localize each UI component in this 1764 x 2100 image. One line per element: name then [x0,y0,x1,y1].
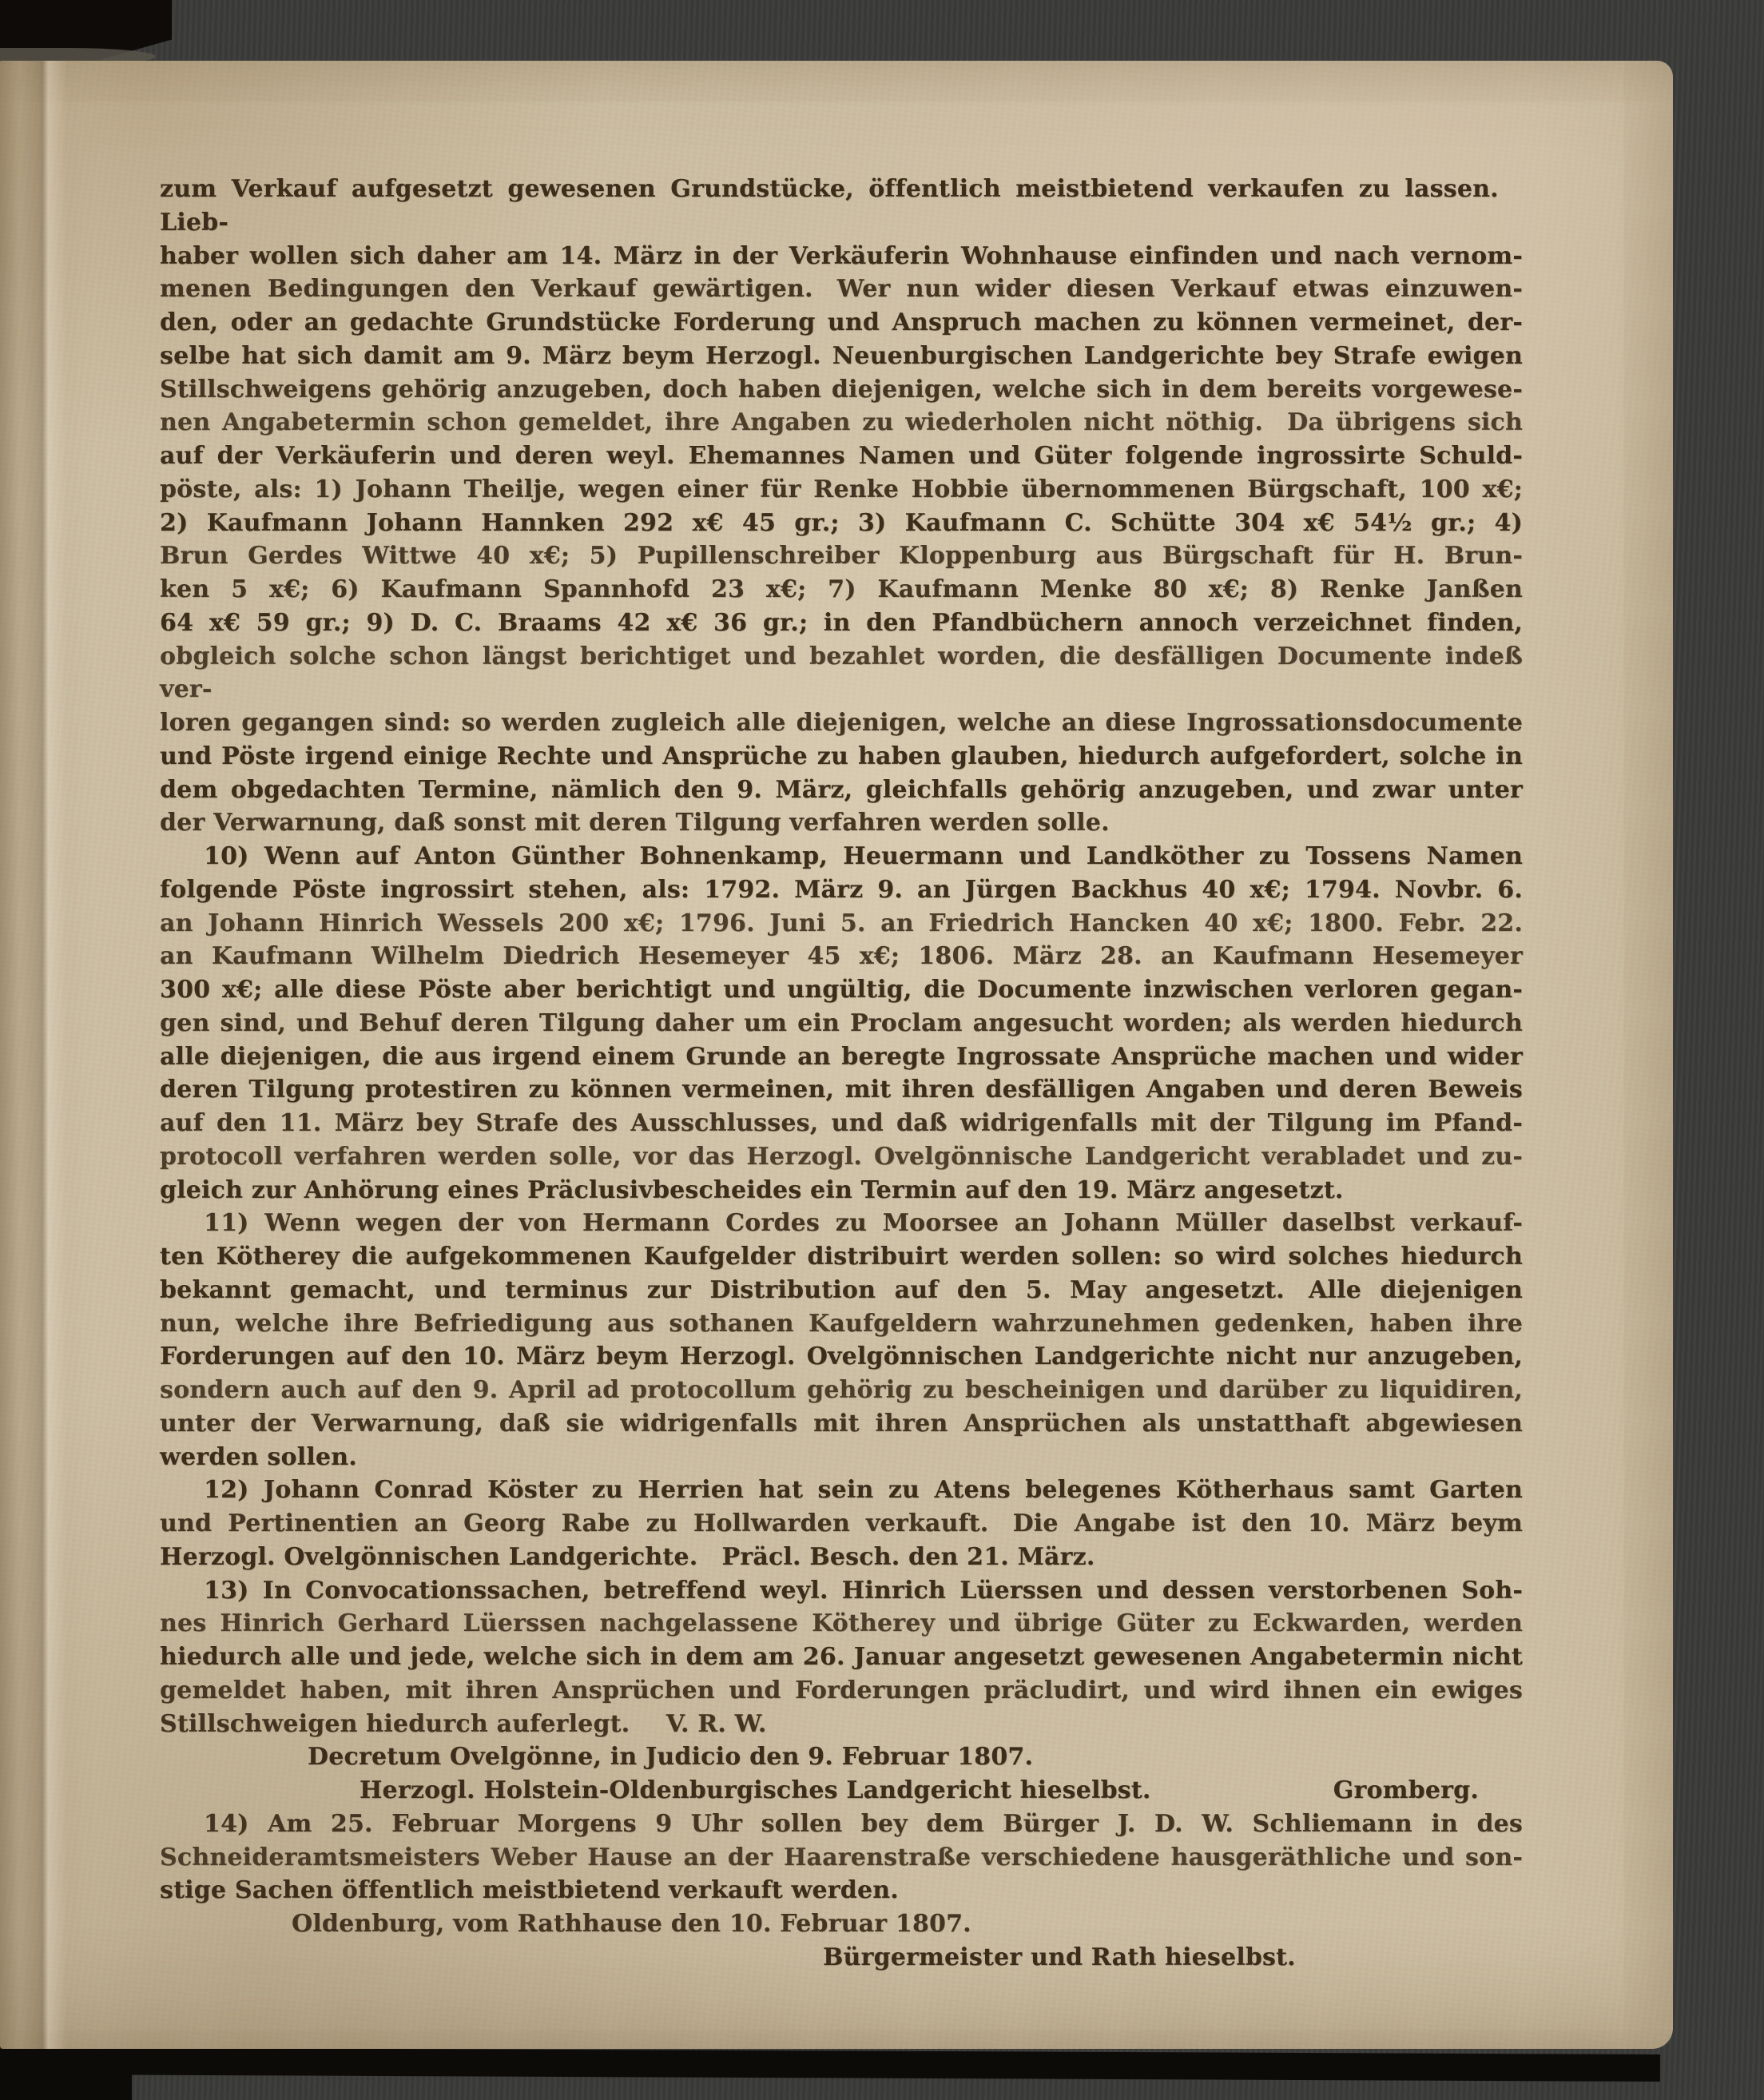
text-line: nun, welche ihre Befriedigung aus sothan… [160,1307,1523,1341]
text-line: 11) Wenn wegen der von Hermann Cordes zu… [160,1207,1523,1240]
text-line: menen Bedingungen den Verkauf gewärtigen… [160,272,1523,306]
text-line: auf der Verkäuferin und deren weyl. Ehem… [160,439,1523,473]
text-line: alle diejenigen, die aus irgend einem Gr… [160,1040,1523,1074]
text-line: 2) Kaufmann Johann Hannken 292 x€ 45 gr.… [160,507,1523,540]
text-line: gemeldet haben, mit ihren Ansprüchen und… [160,1674,1523,1708]
text-line: nen Angabetermin schon gemeldet, ihre An… [160,406,1523,439]
text-line: 13) In Convocationssachen, betreffend we… [160,1574,1523,1608]
text-line: haber wollen sich daher am 14. März in d… [160,240,1523,273]
text-line: sondern auch auf den 9. April ad protoco… [160,1374,1523,1407]
text-line: 14) Am 25. Februar Morgens 9 Uhr sollen … [160,1808,1523,1841]
text-line: stige Sachen öffentlich meistbietend ver… [160,1874,1523,1907]
text-line: den, oder an gedachte Grundstücke Forder… [160,306,1523,340]
text-line: pöste, als: 1) Johann Theilje, wegen ein… [160,473,1523,507]
text-line: dem obgedachten Termine, nämlich den 9. … [160,774,1523,807]
text-line: an Johann Hinrich Wessels 200 x€; 1796. … [160,907,1523,941]
text-line: an Kaufmann Wilhelm Diedrich Hesemeyer 4… [160,940,1523,973]
scanned-book-photo: zum Verkauf aufgesetzt gewesenen Grundst… [0,0,1764,2100]
text-line: Herzogl. Ovelgönnischen Landgerichte. Pr… [160,1541,1523,1574]
text-line: 64 x€ 59 gr.; 9) D. C. Braams 42 x€ 36 g… [160,607,1523,640]
text-line: folgende Pöste ingrossirt stehen, als: 1… [160,873,1523,907]
text-line: Stillschweigens gehörig anzugeben, doch … [160,373,1523,407]
text-line: selbe hat sich damit am 9. März beym Her… [160,340,1523,373]
text-line: der Verwarnung, daß sonst mit deren Tilg… [160,806,1523,840]
text-line: ten Kötherey die aufgekommenen Kaufgelde… [160,1240,1523,1274]
text-line: Schneideramtsmeisters Weber Hause an der… [160,1841,1523,1875]
text-line: 300 x€; alle diese Pöste aber berichtigt… [160,973,1523,1007]
text-line: und Pöste irgend einige Rechte und Anspr… [160,740,1523,774]
text-line: hiedurch alle und jede, welche sich in d… [160,1641,1523,1674]
text-line: Stillschweigen hiedurch auferlegt. V. R.… [160,1708,1523,1741]
text-line: protocoll verfahren werden solle, vor da… [160,1140,1523,1174]
paper-page: zum Verkauf aufgesetzt gewesenen Grundst… [0,61,1673,2049]
printed-text-block: zum Verkauf aufgesetzt gewesenen Grundst… [160,173,1523,1975]
text-line: zum Verkauf aufgesetzt gewesenen Grundst… [160,173,1523,240]
signature-gromberg: Gromberg. [1333,1774,1479,1808]
text-line: und Pertinentien an Georg Rabe zu Hollwa… [160,1507,1523,1541]
text-line: Forderungen auf den 10. März beym Herzog… [160,1340,1523,1374]
text-line: Herzogl. Holstein-Oldenburgisches Landge… [160,1774,1523,1808]
text-line: 12) Johann Conrad Köster zu Herrien hat … [160,1474,1523,1507]
text-line: nes Hinrich Gerhard Lüerssen nachgelasse… [160,1607,1523,1641]
text-line: gen sind, und Behuf deren Tilgung daher … [160,1007,1523,1040]
page-fold-crease [18,61,67,2049]
text-line: Bürgermeister und Rath hieselbst. [160,1941,1523,1975]
text-line: Brun Gerdes Wittwe 40 x€; 5) Pupillensch… [160,539,1523,573]
text-line: ken 5 x€; 6) Kaufmann Spannhofd 23 x€; 7… [160,573,1523,607]
text-line: Oldenburg, vom Rathhause den 10. Februar… [160,1907,1523,1941]
text-line: obgleich solche schon längst berichtiget… [160,640,1523,707]
page-bottom-left-shadow [0,2041,132,2100]
text-line: deren Tilgung protestiren zu können verm… [160,1073,1523,1107]
text-line: bekannt gemacht, und terminus zur Distri… [160,1274,1523,1307]
court-name: Herzogl. Holstein-Oldenburgisches Landge… [360,1774,1151,1808]
page-bottom-edge-shadow [22,2047,1660,2082]
text-line: gleich zur Anhörung eines Präclusivbesch… [160,1174,1523,1207]
text-line: werden sollen. [160,1441,1523,1474]
text-line: 10) Wenn auf Anton Günther Bohnenkamp, H… [160,840,1523,873]
text-line: Decretum Ovelgönne, in Judicio den 9. Fe… [160,1740,1523,1774]
text-line: unter der Verwarnung, daß sie widrigenfa… [160,1407,1523,1441]
text-line: auf den 11. März bey Strafe des Ausschlu… [160,1107,1523,1140]
text-line: loren gegangen sind: so werden zugleich … [160,706,1523,740]
